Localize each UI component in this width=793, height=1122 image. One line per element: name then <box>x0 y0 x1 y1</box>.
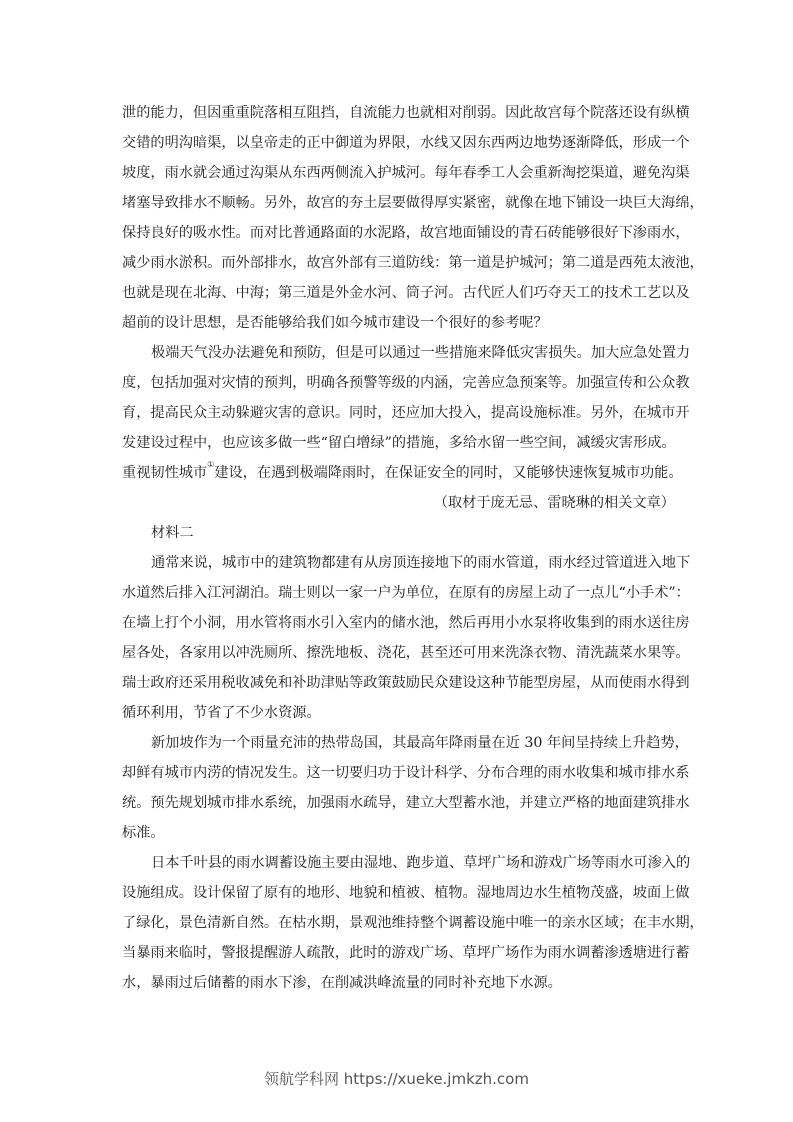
text-line: 统。预先规划城市排水系统，加强雨水疏导，建立大型蓄水池，并建立严格的地面建筑排水 <box>122 788 675 818</box>
text-line: 减少雨水淤积。而外部排水，故宫外部有三道防线：第一道是护城河；第二道是西苑太液池… <box>122 248 675 278</box>
footnote-line: 重视韧性城市①建设，在遇到极端降雨时，在保证安全的同时，又能够快速恢复城市功能。 <box>122 458 675 488</box>
text-line: 育，提高民众主动躲避灾害的意识。同时，还应加大投入，提高设施标准。另外，在城市开 <box>122 398 675 428</box>
text-line: 循环利用，节省了不少水资源。 <box>122 698 675 728</box>
text-line: 度，包括加强对灾情的预判，明确各预警等级的内涵，完善应急预案等。加强宣传和公众教 <box>122 368 675 398</box>
text-line: 瑞士政府还采用税收减免和补助津贴等政策鼓励民众建设这种节能型房屋，从而使雨水得到 <box>122 668 675 698</box>
text-line: 水，暴雨过后储蓄的雨水下渗，在削减洪峰流量的同时补充地下水源。 <box>122 968 675 998</box>
text-line: 在墙上打个小洞，用水管将雨水引入室内的储水池，然后再用小水泵将收集到的雨水送往房 <box>122 608 675 638</box>
paragraph-start-line: 极端天气没办法避免和预防，但是可以通过一些措施来降低灾害损失。加大应急处置力 <box>122 338 675 368</box>
paragraph-start-line: 通常来说，城市中的建筑物都建有从房顶连接地下的雨水管道，雨水经过管道进入地下 <box>122 548 675 578</box>
text-line: 屋各处，各家用以冲洗厕所、擦洗地板、浇花，甚至还可用来洗涤衣物、清洗蔬菜水果等。 <box>122 638 675 668</box>
watermark-footer: 领航学科网 https://xueke.jmkzh.com <box>0 1068 793 1089</box>
text-line: 设施组成。设计保留了原有的地形、地貌和植被、植物。湿地周边水生植物茂盛，坡面上做 <box>122 878 675 908</box>
document-body: 泄的能力，但因重重院落相互阻挡，自流能力也就相对削弱。因此故宫每个院落还设有纵横… <box>122 98 675 998</box>
text-segment: 重视韧性城市 <box>122 465 207 481</box>
text-line: 交错的明沟暗渠，以皇帝走的正中御道为界限，水线又因东西两边地势逐渐降低，形成一个 <box>122 128 675 158</box>
text-line: 了绿化，景色清新自然。在枯水期，景观池维持整个调蓄设施中唯一的亲水区域；在丰水期… <box>122 908 675 938</box>
text-line: 也就是现在北海、中海；第三道是外金水河、筒子河。古代匠人们巧夺天工的技术工艺以及 <box>122 278 675 308</box>
text-line: 水道然后排入江河湖泊。瑞士则以一家一户为单位，在原有的房屋上动了一点儿“小手术”… <box>122 578 675 608</box>
document-page: 泄的能力，但因重重院落相互阻挡，自流能力也就相对削弱。因此故宫每个院落还设有纵横… <box>0 0 793 1122</box>
text-line: 堵塞导致排水不顺畅。另外，故宫的夯土层要做得厚实紧密，就像在地下铺设一块巨大海绵… <box>122 188 675 218</box>
text-line: 发建设过程中，也应该多做一些“留白增绿”的措施，多给水留一些空间，减缓灾害形成。 <box>122 428 675 458</box>
text-line: 超前的设计思想，是否能够给我们如今城市建设一个很好的参考呢？ <box>122 308 675 338</box>
paragraph-start-line: 新加坡作为一个雨量充沛的热带岛国，其最高年降雨量在近 30 年间呈持续上升趋势， <box>122 728 675 758</box>
text-line: 保持良好的吸水性。而对比普通路面的水泥路，故宫地面铺设的青石砖能够很好下渗雨水， <box>122 218 675 248</box>
source-attribution: （取材于庞无忌、雷晓琳的相关文章） <box>122 488 675 518</box>
section-heading: 材料二 <box>122 518 675 548</box>
text-line: 当暴雨来临时，警报提醒游人疏散，此时的游戏广场、草坪广场作为雨水调蓄渗透塘进行蓄 <box>122 938 675 968</box>
text-line: 坡度，雨水就会通过沟渠从东西两侧流入护城河。每年春季工人会重新淘挖渠道，避免沟渠 <box>122 158 675 188</box>
text-line: 泄的能力，但因重重院落相互阻挡，自流能力也就相对削弱。因此故宫每个院落还设有纵横 <box>122 98 675 128</box>
text-line: 却鲜有城市内涝的情况发生。这一切要归功于设计科学、分布合理的雨水收集和城市排水系 <box>122 758 675 788</box>
text-segment: 建设，在遇到极端降雨时，在保证安全的同时，又能够快速恢复城市功能。 <box>214 465 682 481</box>
text-line: 标准。 <box>122 818 675 848</box>
paragraph-start-line: 日本千叶县的雨水调蓄设施主要由湿地、跑步道、草坪广场和游戏广场等雨水可渗入的 <box>122 848 675 878</box>
